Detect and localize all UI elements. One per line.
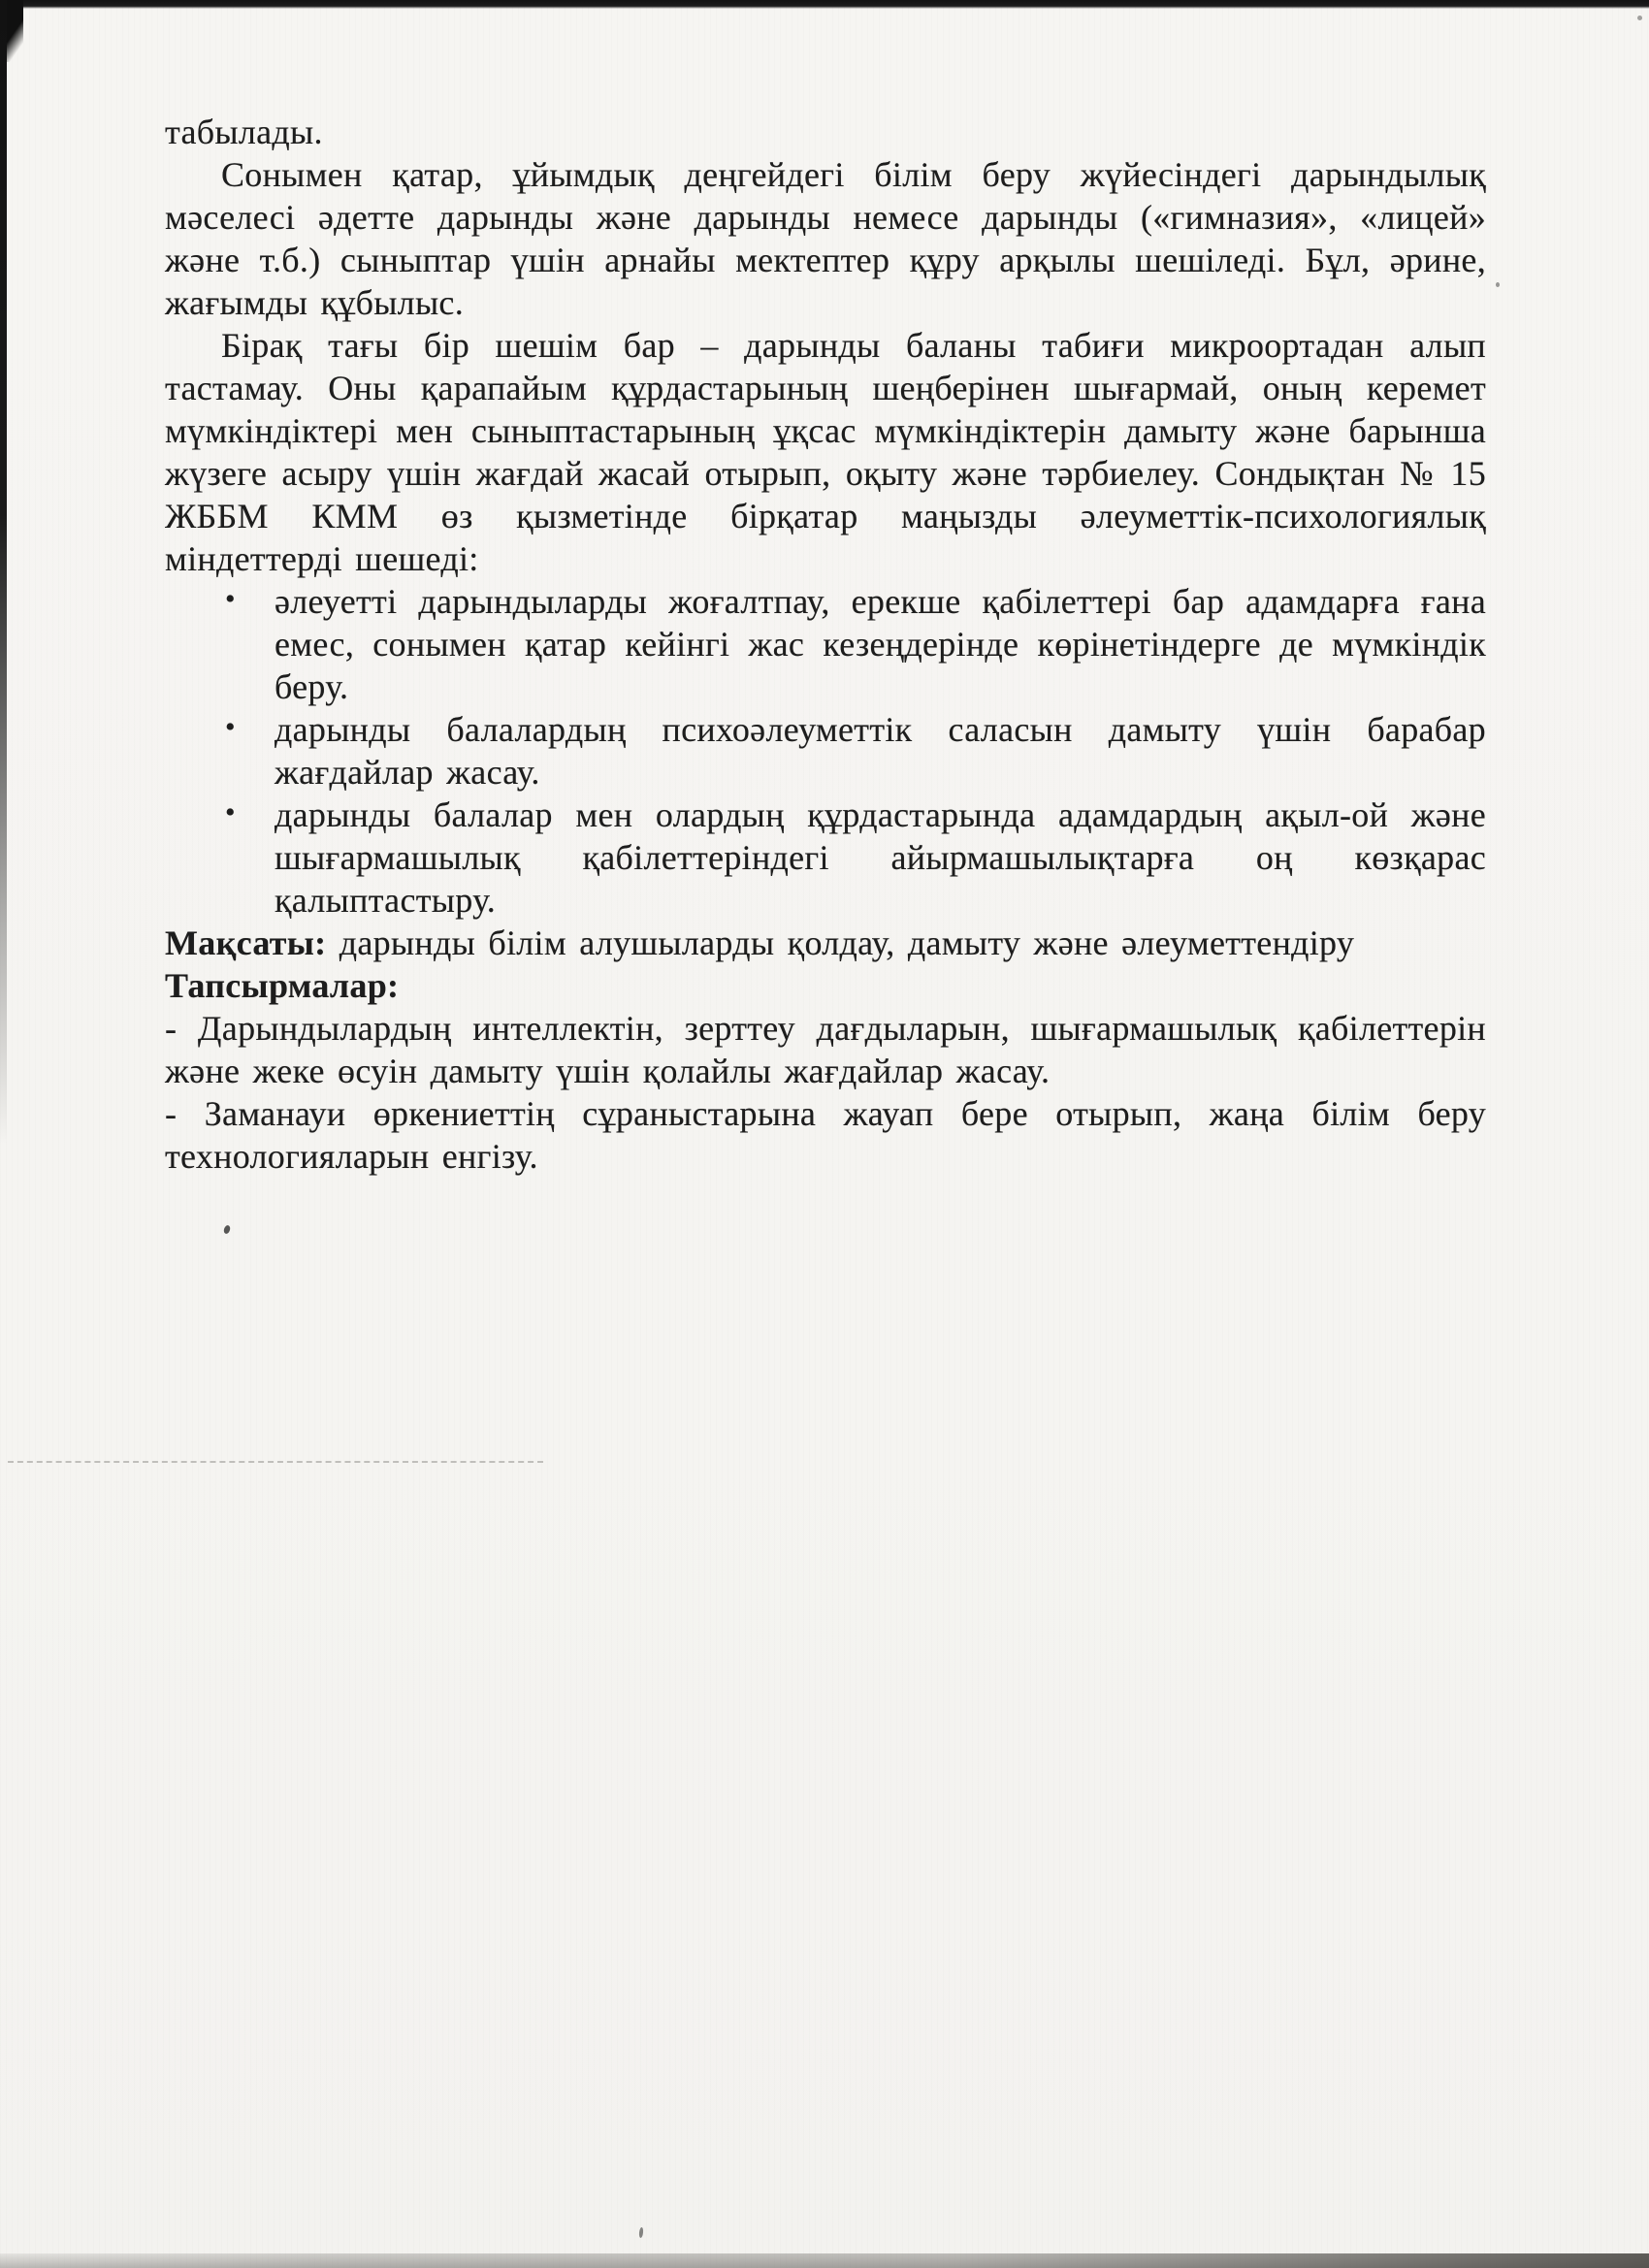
bullet-item: •дарынды балалар мен олардың құрдастарын… xyxy=(165,794,1486,922)
goal-text: дарынды білім алушыларды қолдау, дамыту … xyxy=(339,923,1354,962)
bullet-icon: • xyxy=(225,792,236,834)
scan-edge-bottom xyxy=(0,2253,1649,2268)
paragraph-continuation: табылады. xyxy=(165,111,1486,153)
scan-edge-left xyxy=(0,0,7,1145)
task-line: - Заманауи өркениеттің сұраныстарына жау… xyxy=(165,1092,1486,1178)
scan-speck xyxy=(1637,16,1642,20)
scan-edge-top xyxy=(0,0,1649,9)
paragraph: Бірақ тағы бір шешім бар – дарынды балан… xyxy=(165,324,1486,580)
bullet-text: дарынды балалардың психоәлеуметтік салас… xyxy=(275,710,1486,792)
bullet-text: әлеуетті дарындыларды жоғалтпау, ерекше … xyxy=(275,582,1486,706)
bullet-list: •әлеуетті дарындыларды жоғалтпау, ерекше… xyxy=(165,580,1486,922)
scan-speck xyxy=(1496,282,1500,287)
document-text-block: табылады. Сонымен қатар, ұйымдық деңгейд… xyxy=(165,111,1486,1178)
scan-crease-line xyxy=(8,1461,543,1463)
bullet-item: •дарынды балалардың психоәлеуметтік сала… xyxy=(165,708,1486,794)
paragraph: Сонымен қатар, ұйымдық деңгейдегі білім … xyxy=(165,153,1486,324)
goal-label: Мақсаты: xyxy=(165,923,326,962)
bullet-text: дарынды балалар мен олардың құрдастарынд… xyxy=(275,795,1486,920)
bullet-icon: • xyxy=(225,578,236,621)
task-line: - Дарындылардың интеллектін, зерттеу дағ… xyxy=(165,1007,1486,1092)
scan-speck xyxy=(223,1224,231,1234)
goal-line: Мақсаты: дарынды білім алушыларды қолдау… xyxy=(165,922,1486,964)
tasks-heading: Тапсырмалар: xyxy=(165,964,1486,1007)
scan-speck xyxy=(638,2227,643,2238)
bullet-icon: • xyxy=(225,706,236,749)
bullet-item: •әлеуетті дарындыларды жоғалтпау, ерекше… xyxy=(165,580,1486,708)
